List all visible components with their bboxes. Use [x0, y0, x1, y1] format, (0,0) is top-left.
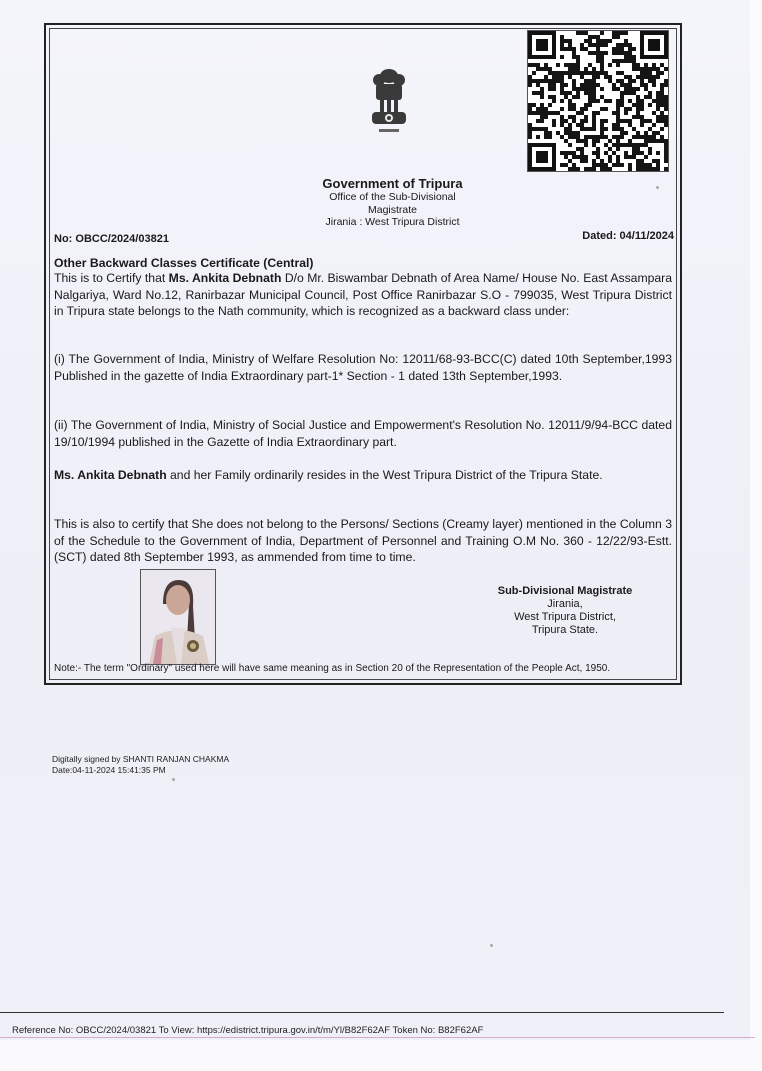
office-header: Government of Tripura Office of the Sub-…	[290, 176, 495, 229]
qr-code-icon[interactable]	[527, 30, 669, 172]
certificate-number: No: OBCC/2024/03821	[54, 233, 169, 245]
person-photo-icon	[141, 570, 215, 664]
government-title: Government of Tripura	[290, 176, 495, 191]
reference-line[interactable]: Reference No: OBCC/2024/03821 To View: h…	[12, 1025, 483, 1036]
page-edge-bottom	[0, 1040, 762, 1071]
office-location: Jirania : West Tripura District	[290, 216, 495, 229]
national-emblem-icon	[366, 66, 412, 138]
applicant-name: Ms. Ankita Debnath	[54, 468, 167, 482]
signatory-block: Sub-Divisional Magistrate Jirania, West …	[490, 585, 640, 637]
certification-paragraph: This is to Certify that Ms. Ankita Debna…	[54, 270, 672, 320]
certificate-title: Other Backward Classes Certificate (Cent…	[54, 256, 313, 270]
digital-signature: Digitally signed by SHANTI RANJAN CHAKMA…	[52, 754, 229, 775]
footer-divider	[0, 1012, 724, 1013]
residence-paragraph: Ms. Ankita Debnath and her Family ordina…	[54, 467, 672, 484]
page-edge-line	[0, 1037, 755, 1038]
signatory-title: Sub-Divisional Magistrate	[490, 585, 640, 598]
page-edge	[750, 0, 762, 1071]
applicant-photo	[140, 569, 216, 665]
creamy-layer-paragraph: This is also to certify that She does no…	[54, 516, 672, 566]
scan-speck	[172, 778, 175, 781]
scan-speck	[490, 944, 493, 947]
resolution-paragraph-1: (i) The Government of India, Ministry of…	[54, 351, 672, 384]
certificate-date: Dated: 04/11/2024	[560, 230, 674, 242]
office-line: Magistrate	[290, 204, 495, 217]
office-line: Office of the Sub-Divisional	[290, 191, 495, 204]
scan-speck	[656, 186, 659, 189]
applicant-name: Ms. Ankita Debnath	[169, 271, 282, 285]
resolution-paragraph-2: (ii) The Government of India, Ministry o…	[54, 417, 672, 450]
footnote: Note:- The term "Ordinary" used here wil…	[54, 663, 610, 674]
